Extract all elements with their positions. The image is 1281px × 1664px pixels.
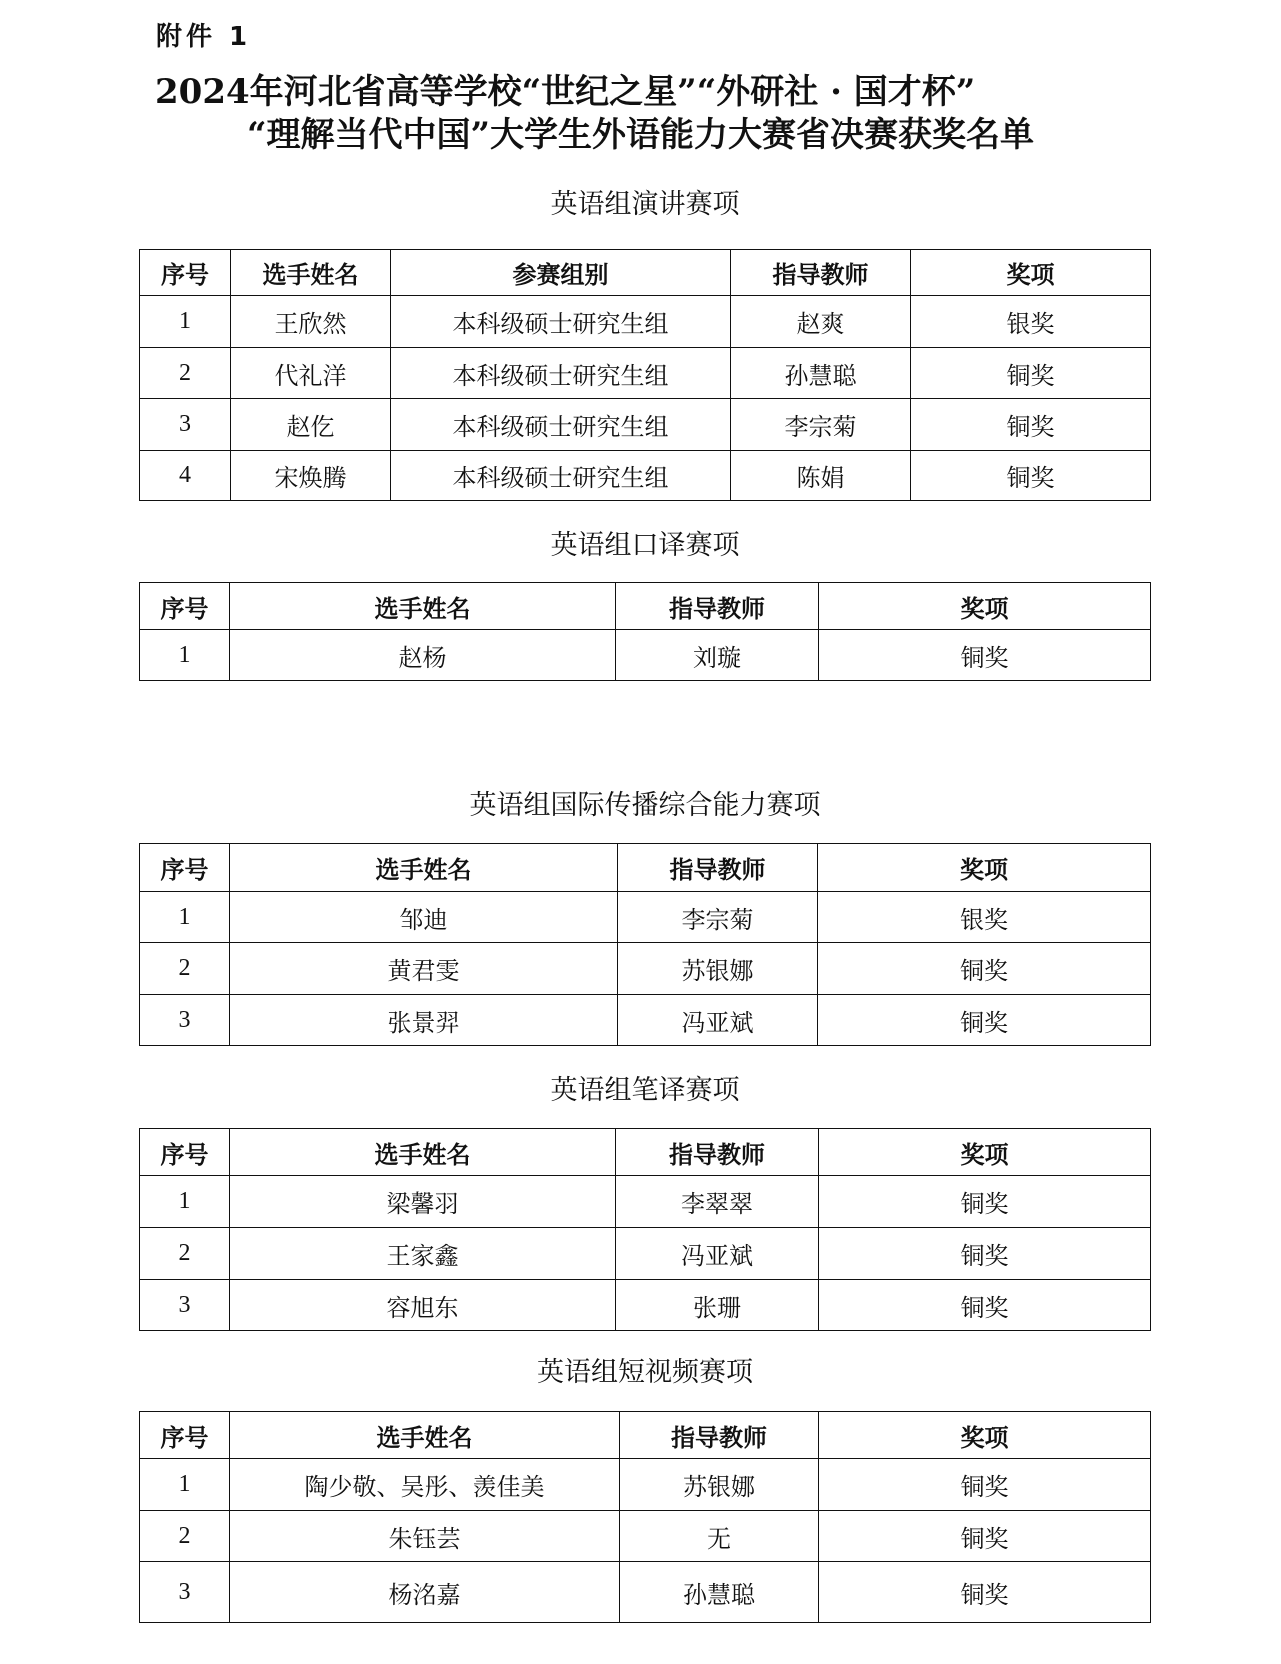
cell-advisor: 苏银娜 [618, 943, 818, 995]
cell-group: 本科级硕士研究生组 [391, 399, 731, 451]
section-title-speech: 英语组演讲赛项 [0, 187, 1281, 223]
cell-award: 铜奖 [819, 1562, 1151, 1623]
table-row: 1 陶少敬、吴彤、羡佳美 苏银娜 铜奖 [140, 1459, 1151, 1511]
cell-contestant: 宋焕腾 [231, 451, 391, 501]
interpreting-awards-table: 序号 选手姓名 指导教师 奖项 1 赵杨 刘璇 铜奖 [139, 582, 1151, 681]
table-row: 1 王欣然 本科级硕士研究生组 赵爽 银奖 [140, 296, 1151, 348]
cell-contestant: 邹迪 [230, 892, 618, 943]
table-header-row: 序号 选手姓名 指导教师 奖项 [140, 1412, 1151, 1459]
header-award: 奖项 [819, 1412, 1151, 1459]
table-row: 1 邹迪 李宗菊 银奖 [140, 892, 1151, 943]
cell-advisor: 李宗菊 [731, 399, 911, 451]
section-title-interpreting: 英语组口译赛项 [0, 528, 1281, 564]
cell-contestant: 容旭东 [230, 1280, 616, 1331]
cell-advisor: 苏银娜 [620, 1459, 819, 1511]
cell-contestant: 黄君雯 [230, 943, 618, 995]
cell-advisor: 无 [620, 1511, 819, 1562]
cell-contestant: 梁馨羽 [230, 1176, 616, 1228]
table-row: 2 王家鑫 冯亚斌 铜奖 [140, 1228, 1151, 1280]
attachment-label: 附件 1 [156, 16, 251, 53]
intl-communication-awards-table: 序号 选手姓名 指导教师 奖项 1 邹迪 李宗菊 银奖 2 黄君雯 苏银娜 铜奖… [139, 843, 1151, 1046]
section-title-translation: 英语组笔译赛项 [0, 1073, 1281, 1109]
table-row: 3 容旭东 张珊 铜奖 [140, 1280, 1151, 1331]
cell-index: 3 [140, 995, 230, 1046]
cell-index: 3 [140, 399, 231, 451]
cell-advisor: 李翠翠 [616, 1176, 819, 1228]
header-contestant: 选手姓名 [230, 583, 616, 630]
table-header-row: 序号 选手姓名 指导教师 奖项 [140, 1129, 1151, 1176]
header-index: 序号 [140, 1412, 230, 1459]
table-row: 3 杨洺嘉 孙慧聪 铜奖 [140, 1562, 1151, 1623]
cell-index: 1 [140, 296, 231, 348]
cell-index: 3 [140, 1562, 230, 1623]
header-contestant: 选手姓名 [231, 250, 391, 296]
cell-index: 1 [140, 1176, 230, 1228]
cell-award: 铜奖 [818, 995, 1151, 1046]
cell-contestant: 赵仡 [231, 399, 391, 451]
cell-award: 银奖 [818, 892, 1151, 943]
header-advisor: 指导教师 [616, 1129, 819, 1176]
cell-award: 铜奖 [819, 1459, 1151, 1511]
cell-award: 铜奖 [819, 1176, 1151, 1228]
table-header-row: 序号 选手姓名 指导教师 奖项 [140, 583, 1151, 630]
translation-awards-table: 序号 选手姓名 指导教师 奖项 1 梁馨羽 李翠翠 铜奖 2 王家鑫 冯亚斌 铜… [139, 1128, 1151, 1331]
table-row: 3 张景羿 冯亚斌 铜奖 [140, 995, 1151, 1046]
cell-group: 本科级硕士研究生组 [391, 348, 731, 399]
cell-advisor: 冯亚斌 [618, 995, 818, 1046]
short-video-awards-table: 序号 选手姓名 指导教师 奖项 1 陶少敬、吴彤、羡佳美 苏银娜 铜奖 2 朱钰… [139, 1411, 1151, 1623]
table-row: 2 代礼洋 本科级硕士研究生组 孙慧聪 铜奖 [140, 348, 1151, 399]
document-title-line2: “理解当代中国”大学生外语能力大赛省决赛获奖名单 [0, 113, 1281, 157]
cell-advisor: 张珊 [616, 1280, 819, 1331]
header-group: 参赛组别 [391, 250, 731, 296]
speech-awards-table: 序号 选手姓名 参赛组别 指导教师 奖项 1 王欣然 本科级硕士研究生组 赵爽 … [139, 249, 1151, 501]
header-index: 序号 [140, 1129, 230, 1176]
cell-award: 铜奖 [819, 1228, 1151, 1280]
cell-advisor: 孙慧聪 [620, 1562, 819, 1623]
cell-contestant: 朱钰芸 [230, 1511, 620, 1562]
cell-index: 4 [140, 451, 231, 501]
cell-award: 铜奖 [818, 943, 1151, 995]
cell-advisor: 冯亚斌 [616, 1228, 819, 1280]
header-contestant: 选手姓名 [230, 844, 618, 892]
cell-advisor: 陈娟 [731, 451, 911, 501]
header-advisor: 指导教师 [618, 844, 818, 892]
header-advisor: 指导教师 [731, 250, 911, 296]
cell-group: 本科级硕士研究生组 [391, 451, 731, 501]
cell-award: 铜奖 [819, 630, 1151, 681]
header-advisor: 指导教师 [616, 583, 819, 630]
cell-index: 2 [140, 1511, 230, 1562]
table-row: 2 黄君雯 苏银娜 铜奖 [140, 943, 1151, 995]
cell-index: 2 [140, 348, 231, 399]
table-row: 3 赵仡 本科级硕士研究生组 李宗菊 铜奖 [140, 399, 1151, 451]
table-header-row: 序号 选手姓名 参赛组别 指导教师 奖项 [140, 250, 1151, 296]
cell-index: 1 [140, 630, 230, 681]
table-row: 1 赵杨 刘璇 铜奖 [140, 630, 1151, 681]
cell-contestant: 陶少敬、吴彤、羡佳美 [230, 1459, 620, 1511]
cell-index: 2 [140, 943, 230, 995]
cell-advisor: 赵爽 [731, 296, 911, 348]
cell-contestant: 赵杨 [230, 630, 616, 681]
header-award: 奖项 [911, 250, 1151, 296]
header-contestant: 选手姓名 [230, 1412, 620, 1459]
cell-contestant: 杨洺嘉 [230, 1562, 620, 1623]
cell-contestant: 王欣然 [231, 296, 391, 348]
cell-advisor: 孙慧聪 [731, 348, 911, 399]
header-index: 序号 [140, 583, 230, 630]
cell-contestant: 代礼洋 [231, 348, 391, 399]
cell-award: 铜奖 [911, 399, 1151, 451]
cell-award: 铜奖 [819, 1511, 1151, 1562]
document-title-line1: 2024年河北省高等学校“世纪之星”“外研社 · 国才杯” [155, 70, 975, 114]
table-header-row: 序号 选手姓名 指导教师 奖项 [140, 844, 1151, 892]
header-award: 奖项 [819, 583, 1151, 630]
cell-award: 银奖 [911, 296, 1151, 348]
cell-index: 2 [140, 1228, 230, 1280]
cell-contestant: 王家鑫 [230, 1228, 616, 1280]
header-contestant: 选手姓名 [230, 1129, 616, 1176]
cell-contestant: 张景羿 [230, 995, 618, 1046]
cell-group: 本科级硕士研究生组 [391, 296, 731, 348]
section-title-intl-communication: 英语组国际传播综合能力赛项 [0, 788, 1281, 824]
cell-award: 铜奖 [911, 451, 1151, 501]
table-row: 2 朱钰芸 无 铜奖 [140, 1511, 1151, 1562]
section-title-short-video: 英语组短视频赛项 [0, 1355, 1281, 1391]
header-index: 序号 [140, 250, 231, 296]
cell-index: 1 [140, 892, 230, 943]
header-index: 序号 [140, 844, 230, 892]
cell-index: 3 [140, 1280, 230, 1331]
cell-index: 1 [140, 1459, 230, 1511]
table-row: 4 宋焕腾 本科级硕士研究生组 陈娟 铜奖 [140, 451, 1151, 501]
cell-award: 铜奖 [911, 348, 1151, 399]
cell-advisor: 李宗菊 [618, 892, 818, 943]
header-advisor: 指导教师 [620, 1412, 819, 1459]
header-award: 奖项 [819, 1129, 1151, 1176]
table-row: 1 梁馨羽 李翠翠 铜奖 [140, 1176, 1151, 1228]
cell-award: 铜奖 [819, 1280, 1151, 1331]
header-award: 奖项 [818, 844, 1151, 892]
cell-advisor: 刘璇 [616, 630, 819, 681]
